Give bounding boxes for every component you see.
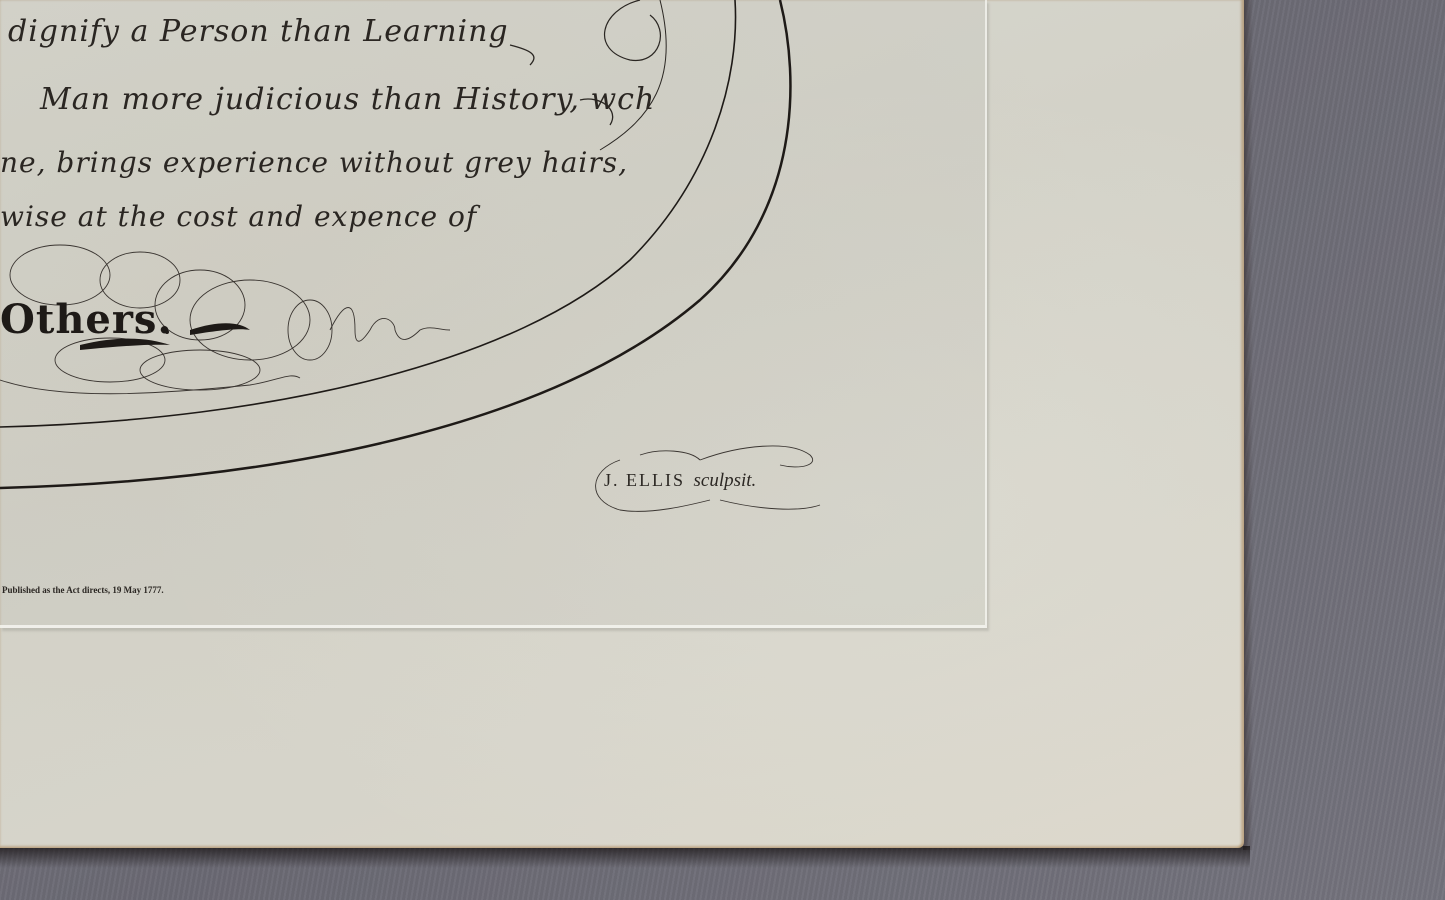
engraver-name: J. ELLIS: [604, 470, 685, 490]
engraver-credit: sculpsit.: [694, 470, 757, 491]
engraver-signature: J. ELLIS sculpsit.: [604, 470, 756, 492]
paper-sheet: dignify a Person than Learning Man more …: [0, 0, 1244, 848]
paper-shadow-bottom: [0, 846, 1250, 868]
engraved-text-line-2: Man more judicious than History, wch: [40, 82, 655, 117]
paper-shadow-right: [1243, 0, 1253, 850]
engraved-text-line-4: wise at the cost and expence of: [0, 200, 477, 233]
engraved-text-line-1: dignify a Person than Learning: [8, 14, 509, 49]
engraved-text-line-3: ne, brings experience without grey hairs…: [0, 146, 628, 179]
closing-word-others: Others.: [0, 296, 172, 343]
publication-imprint: Published as the Act directs, 19 May 177…: [2, 585, 164, 595]
